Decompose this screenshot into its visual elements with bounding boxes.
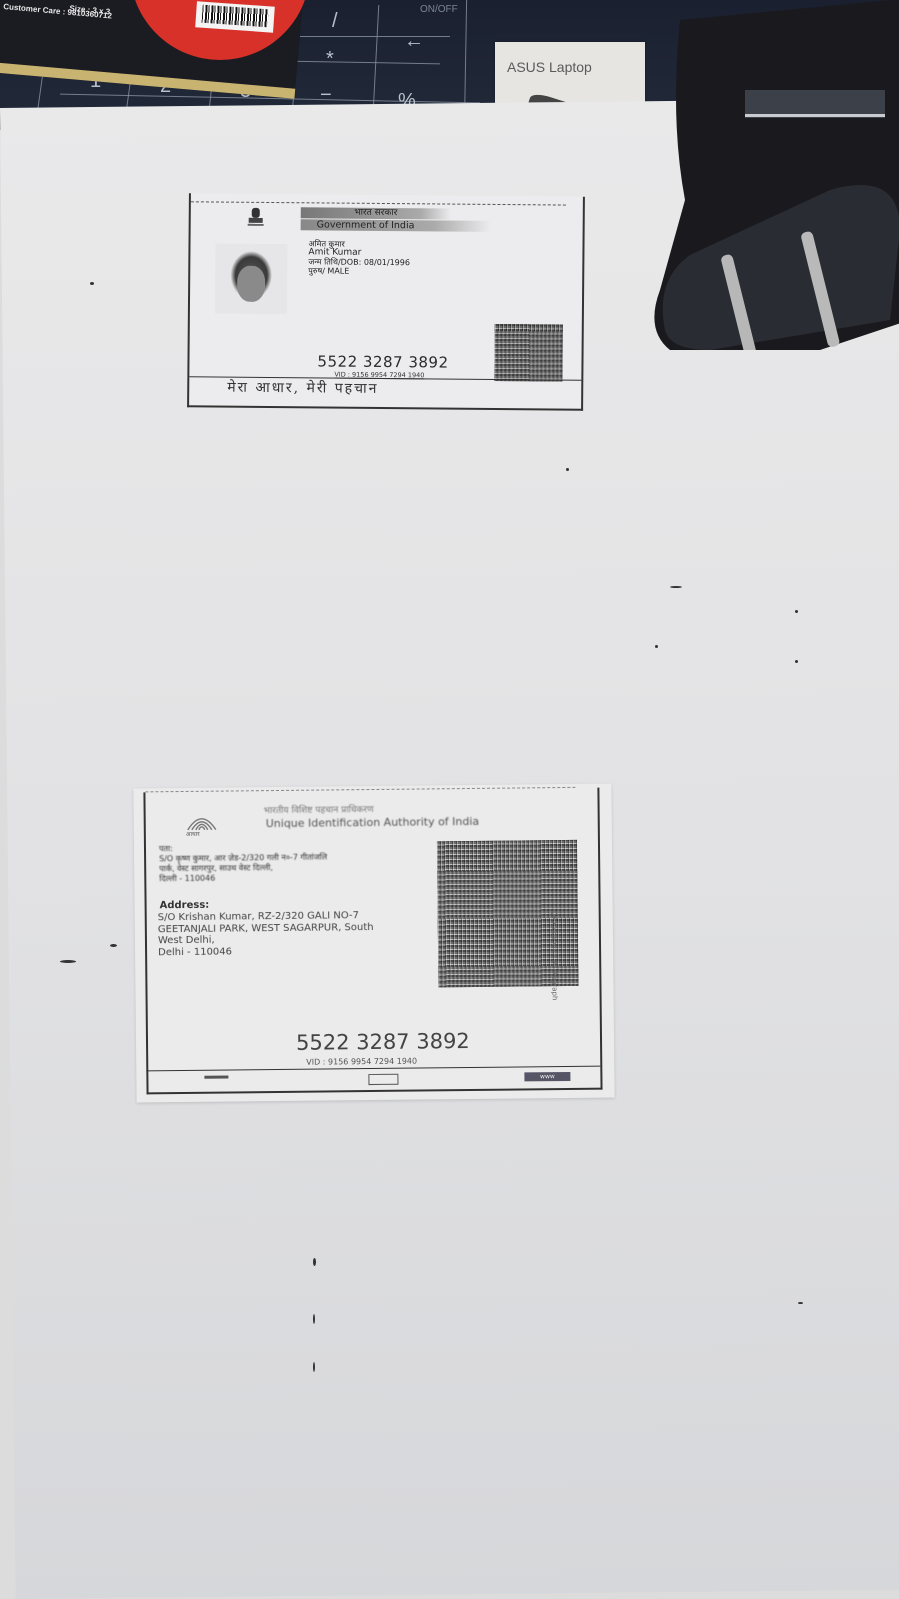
paper-speck xyxy=(110,944,117,947)
paper-speck xyxy=(90,282,94,285)
holder-gender: पुरुष/ MALE xyxy=(308,266,410,276)
phone-icon xyxy=(204,1076,228,1088)
mat-key-asterisk: * xyxy=(326,48,334,71)
paper-speck xyxy=(655,645,658,648)
address-label: Address: xyxy=(160,900,210,912)
aadhaar-card-back: आधार भारतीय विशिष्ट पहचान प्राधिकरण Uniq… xyxy=(133,784,614,1103)
mat-onoff-label: ON/OFF xyxy=(420,4,458,15)
qr-caption: QR Code with Photograph xyxy=(550,910,559,1000)
paper-speck xyxy=(313,1362,315,1372)
asus-label: ASUS Laptop xyxy=(507,59,592,75)
holder-photo xyxy=(215,244,288,315)
charger-plug-icon xyxy=(650,0,899,350)
package-care: Customer Care : 9810360712 xyxy=(3,2,112,20)
paper-speck xyxy=(313,1258,316,1266)
mat-key-slash: / xyxy=(332,10,338,33)
mat-key-backspace: ← xyxy=(404,30,424,53)
paper-speck xyxy=(798,1302,803,1304)
aadhaar-number-back: 5522 3287 3892 xyxy=(296,1029,470,1055)
vid-back: VID : 9156 9954 7294 1940 xyxy=(306,1057,417,1067)
uidai-english-header: Unique Identification Authority of India xyxy=(266,815,480,830)
address-english: S/O Krishan Kumar, RZ-2/320 GALI NO-7 GE… xyxy=(158,909,448,958)
holder-details: अमित कुमार Amit Kumar जन्म तिथि/DOB: 08/… xyxy=(308,239,410,276)
web-icon: www xyxy=(524,1072,570,1081)
national-emblem-icon xyxy=(246,206,266,228)
address-hindi: पता: S/O कृष्ण कुमार, आर ज़ेड-2/320 गली … xyxy=(159,841,439,884)
paper-speck xyxy=(795,610,798,613)
paper-speck xyxy=(60,960,76,963)
paper-speck xyxy=(670,586,682,588)
paper-speck xyxy=(313,1314,315,1324)
aadhaar-logo-caption: आधार xyxy=(186,830,200,838)
mat-grid-line xyxy=(300,36,450,37)
qr-code-front xyxy=(494,324,562,382)
mail-icon xyxy=(368,1074,398,1085)
paper-speck xyxy=(566,468,569,471)
aadhaar-card-front: भारत सरकार Government of India अमित कुमा… xyxy=(187,193,585,410)
gov-hindi-header: भारत सरकार xyxy=(301,207,451,219)
barcode-icon xyxy=(195,1,275,32)
aadhaar-number-front: 5522 3287 3892 xyxy=(317,352,448,371)
paper-speck xyxy=(795,660,798,663)
gov-english-header: Government of India xyxy=(301,219,491,232)
uidai-hindi-header: भारतीय विशिष्ट पहचान प्राधिकरण xyxy=(264,802,374,816)
tagline: मेरा आधार, मेरी पहचान xyxy=(227,378,378,398)
